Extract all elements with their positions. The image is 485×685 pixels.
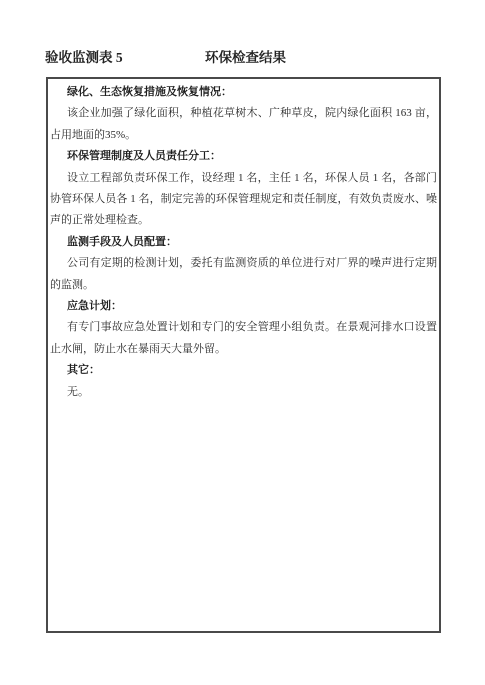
section-monitoring-body: 公司有定期的检测计划，委托有监测资质的单位进行对厂界的噪声进行定期的监测。 xyxy=(50,253,437,296)
section-other-heading: 其它： xyxy=(50,360,437,381)
document-header: 验收监测表 5 环保检查结果 xyxy=(45,46,441,66)
section-emergency-plan-body: 有专门事故应急处置计划和专门的安全管理小组负责。在景观河排水口设置止水闸，防止水… xyxy=(50,317,437,360)
section-other-body: 无。 xyxy=(50,382,437,403)
section-other: 其它： 无。 xyxy=(50,360,437,403)
section-monitoring-heading: 监测手段及人员配置： xyxy=(50,232,437,253)
section-greening-body: 该企业加强了绿化面积，种植花草树木、广种草皮，院内绿化面积 163 亩，占用地面… xyxy=(50,103,437,146)
section-greening-heading: 绿化、生态恢复措施及恢复情况： xyxy=(50,82,437,103)
section-management-heading: 环保管理制度及人员责任分工： xyxy=(50,146,437,167)
section-greening: 绿化、生态恢复措施及恢复情况： 该企业加强了绿化面积，种植花草树木、广种草皮，院… xyxy=(50,82,437,146)
page-title: 环保检查结果 xyxy=(205,46,286,66)
section-emergency-plan: 应急计划： 有专门事故应急处置计划和专门的安全管理小组负责。在景观河排水口设置止… xyxy=(50,296,437,360)
section-management: 环保管理制度及人员责任分工： 设立工程部负责环保工作，设经理 1 名，主任 1 … xyxy=(50,146,437,232)
section-monitoring: 监测手段及人员配置： 公司有定期的检测计划，委托有监测资质的单位进行对厂界的噪声… xyxy=(50,232,437,296)
table-number-title: 验收监测表 5 xyxy=(45,46,123,66)
inspection-results-table-cell: 绿化、生态恢复措施及恢复情况： 该企业加强了绿化面积，种植花草树木、广种草皮，院… xyxy=(46,77,441,633)
section-emergency-plan-heading: 应急计划： xyxy=(50,296,437,317)
section-management-body: 设立工程部负责环保工作，设经理 1 名，主任 1 名，环保人员 1 名，各部门协… xyxy=(50,168,437,232)
